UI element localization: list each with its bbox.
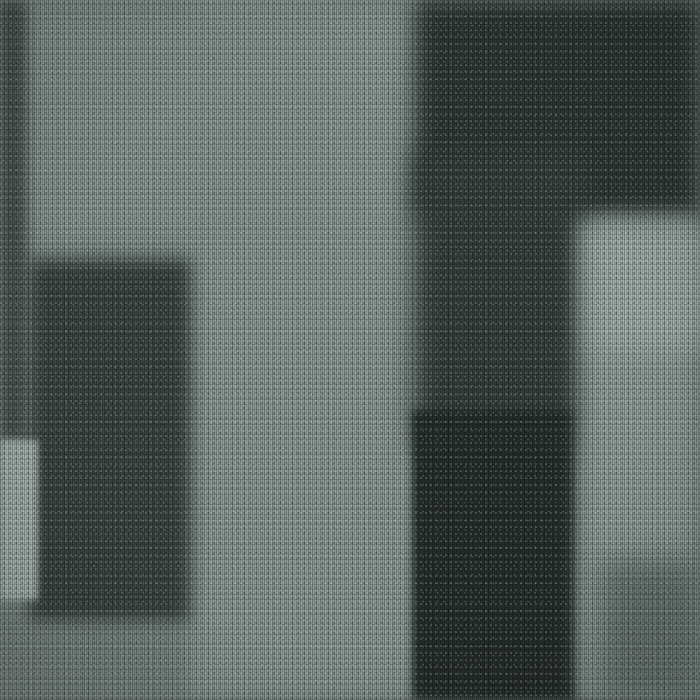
vignette (0, 0, 700, 700)
carpet-tile-photo (0, 0, 700, 700)
